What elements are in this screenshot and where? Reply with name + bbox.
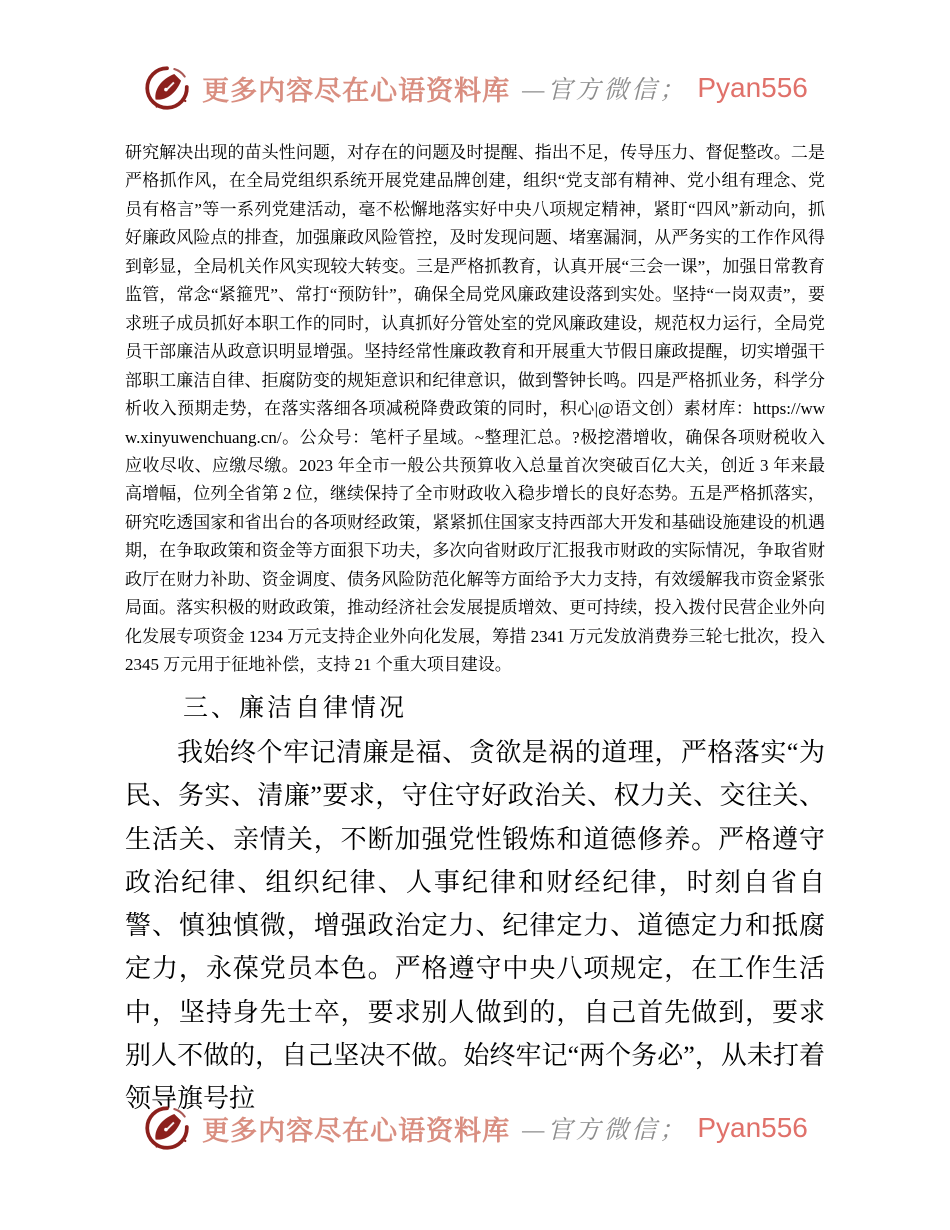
watermark-brand-text: 更多内容尽在心语资料库 xyxy=(202,1109,510,1148)
watermark-brand-text: 更多内容尽在心语资料库 xyxy=(202,69,510,108)
document-page: 更多内容尽在心语资料库—官方微信；Pyan556 研究解决出现的苗头性问题，对存… xyxy=(0,0,950,1230)
pen-nib-swirl-logo-icon xyxy=(142,63,192,113)
watermark-wechat-label: —官方微信； xyxy=(522,1110,687,1146)
section-heading: 三、廉洁自律情况 xyxy=(125,688,407,724)
watermark-wechat-label: —官方微信； xyxy=(522,70,687,106)
header-watermark: 更多内容尽在心语资料库—官方微信；Pyan556 xyxy=(0,60,950,116)
watermark-wechat-id: Pyan556 xyxy=(697,72,808,104)
watermark-wechat-id: Pyan556 xyxy=(697,1112,808,1144)
report-body-paragraph: 研究解决出现的苗头性问题，对存在的问题及时提醒、指出不足，传导压力、督促整改。二… xyxy=(125,139,825,680)
pen-nib-swirl-logo-icon xyxy=(142,1103,192,1153)
section-paragraph: 我始终个牢记清廉是福、贪欲是祸的道理，严格落实“为民、务实、清廉”要求，守住守好… xyxy=(125,731,825,1121)
footer-watermark: 更多内容尽在心语资料库—官方微信；Pyan556 xyxy=(0,1100,950,1156)
